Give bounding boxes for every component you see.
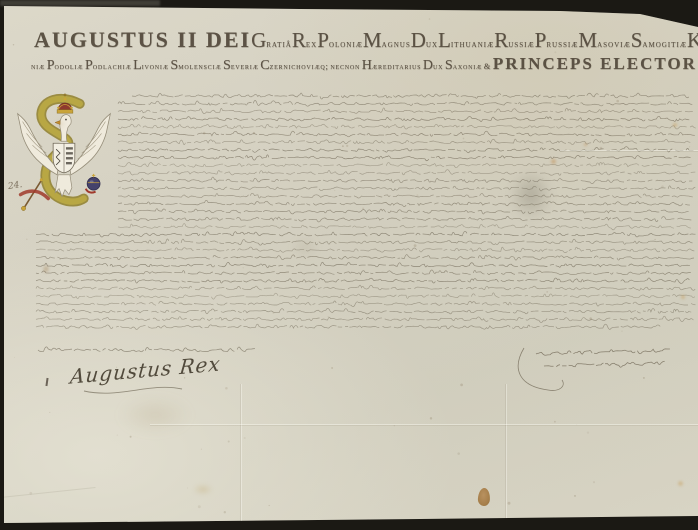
- stain: [680, 294, 686, 300]
- photograph-of-charter: AUGUSTUS II DEIGratiâRexPoloniæMagnusDux…: [0, 0, 698, 530]
- stain: [550, 158, 557, 165]
- frame-smear: [0, 0, 160, 6]
- countersignature-lines: [518, 348, 673, 390]
- stain: [672, 122, 678, 128]
- signature-flourish: [84, 387, 182, 393]
- parchment-document: AUGUSTUS II DEIGratiâRexPoloniæMagnusDux…: [0, 0, 698, 530]
- stain: [292, 238, 318, 256]
- stain: [510, 170, 552, 220]
- stain: [677, 480, 684, 487]
- stain: [193, 484, 213, 495]
- manuscript-body-text-lines: [36, 93, 698, 329]
- stain: [42, 264, 50, 274]
- crease: [240, 384, 241, 523]
- teardrop-stain: [478, 488, 491, 507]
- manuscript-ink-overlay: [0, 0, 698, 530]
- crease: [560, 150, 698, 151]
- crease: [150, 424, 698, 425]
- stain: [55, 120, 65, 128]
- crease: [505, 384, 506, 520]
- stain: [120, 398, 190, 432]
- stain: [648, 0, 674, 15]
- dating-clause-line: [38, 347, 255, 352]
- stain: [583, 142, 588, 147]
